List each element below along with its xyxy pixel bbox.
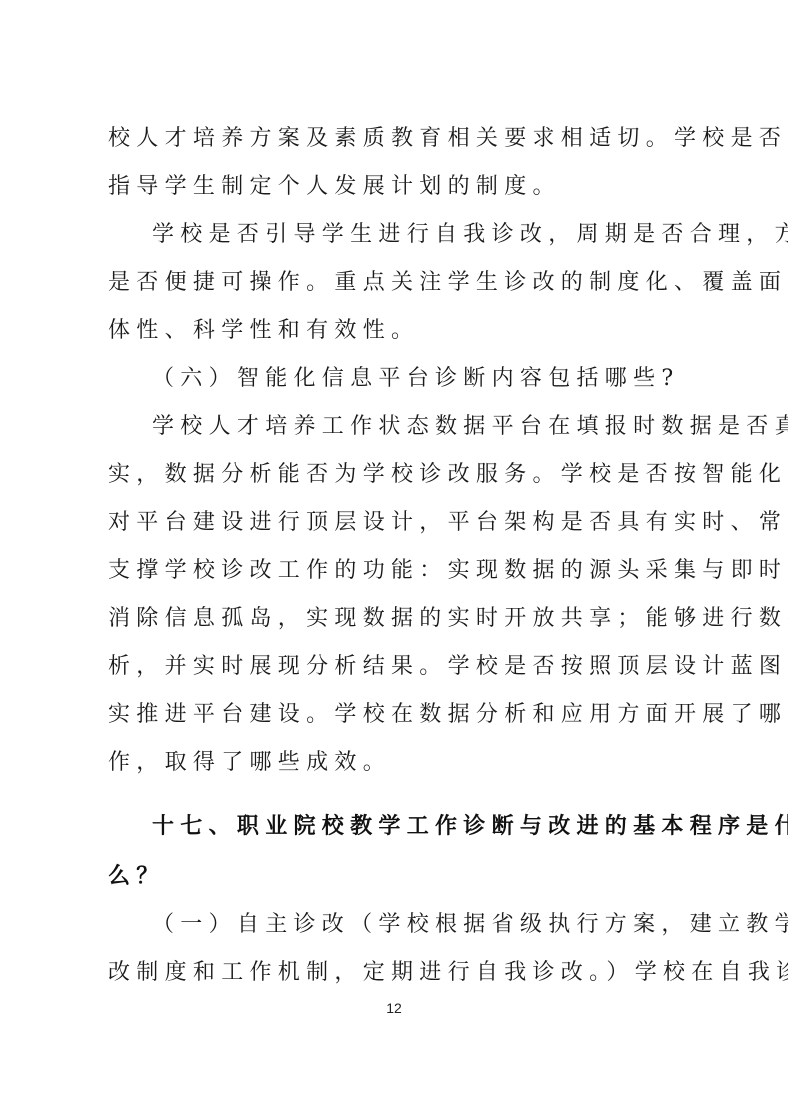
text-line-10: 支撑学校诊改工作的功能：实现数据的源头采集与即时采集； [108,557,688,585]
text-line-14: 作，取得了哪些成效。 [108,749,688,777]
text-line-9: 对平台建设进行顶层设计，平台架构是否具有实时、常态化 [108,509,688,537]
section-heading-seventeen: 十七、职业院校教学工作诊断与改进的基本程序是什 [152,813,732,841]
section-heading-seventeen-cont: 么？ [108,863,688,891]
text-line-11: 消除信息孤岛，实现数据的实时开放共享；能够进行数据分 [108,605,688,633]
page-number: 12 [0,1000,788,1016]
text-line-1: 校人才培养方案及素质教育相关要求相适切。学校是否建立 [108,125,688,153]
subsection-heading-six: （六）智能化信息平台诊断内容包括哪些? [152,365,732,393]
text-line-8: 实，数据分析能否为学校诊改服务。学校是否按智能化要求 [108,461,688,489]
text-line-13: 实推进平台建设。学校在数据分析和应用方面开展了哪些工 [108,701,688,729]
text-line-12: 析，并实时展现分析结果。学校是否按照顶层设计蓝图，扎 [108,653,688,681]
text-line-4: 是否便捷可操作。重点关注学生诊改的制度化、覆盖面、主 [108,269,688,297]
paragraph-student-diagnosis: 学校是否引导学生进行自我诊改，周期是否合理，方法 [152,221,732,249]
document-page: 校人才培养方案及素质教育相关要求相适切。学校是否建立 指导学生制定个人发展计划的… [0,0,788,1113]
text-line-5: 体性、科学性和有效性。 [108,317,688,345]
text-line-18: 改制度和工作机制，定期进行自我诊改。）学校在自我诊改 [108,959,688,987]
paragraph-platform: 学校人才培养工作状态数据平台在填报时数据是否真 [152,413,732,441]
subsection-heading-one: （一）自主诊改（学校根据省级执行方案，建立教学诊 [152,911,732,939]
text-line-2: 指导学生制定个人发展计划的制度。 [108,173,688,201]
